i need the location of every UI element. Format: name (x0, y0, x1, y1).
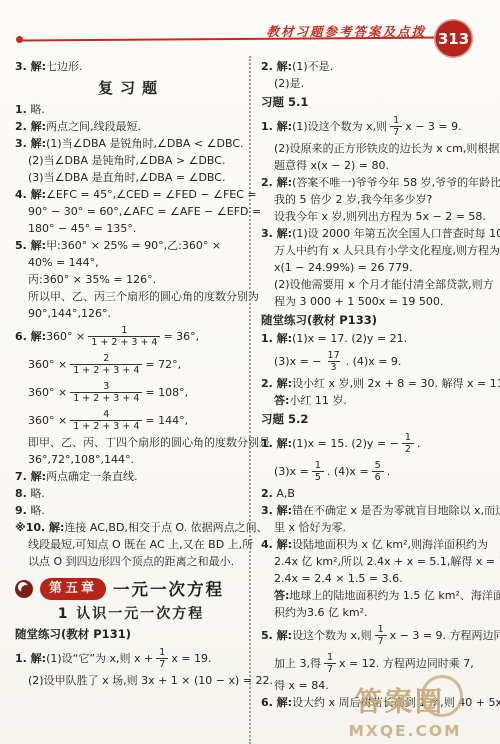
fraction-denominator: 3 (328, 361, 340, 373)
answer-line: 360° × 21 + 2 + 3 + 4 = 72°, (15, 350, 247, 378)
exercise-subheading: 习题 5.2 (261, 411, 491, 428)
answer-marker: 6. 解: (15, 328, 46, 345)
answer-line: (2)当∠DBA 是钝角时,∠DBA > ∠DBC. (15, 152, 247, 169)
answer-text: 题意得 x(x − 2) = 80. (274, 159, 389, 172)
answer-line: 答:地球上的陆地面积约为 1.5 亿 km²、海洋面 (261, 587, 491, 604)
answer-text: = 72°, (145, 356, 181, 373)
answer-text: 即甲、乙、丙、丁四个扇形的圆心角的度数分别是 (28, 436, 270, 449)
answer-text: 加上 3,得 (274, 655, 321, 672)
chapter-badge: 第五章 (40, 578, 106, 600)
answer-text: 设这个数为 x,则 (292, 627, 372, 644)
answer-line: 里 x 恰好为零. (261, 519, 491, 536)
answer-text: 丙:360° × 35% = 126°. (28, 273, 156, 286)
answer-line: (3)当∠DBA 是直角时,∠DBA = ∠DBC. (15, 169, 247, 186)
answer-line: 2.4x 亿 km²,所以 2.4x + x = 5.1,解得 x = 1.5,… (261, 553, 491, 570)
answer-text: x − 3 = 9. (405, 118, 461, 135)
answer-text: (2)当∠DBA 是钝角时,∠DBA > ∠DBC. (28, 154, 225, 167)
answer-line: x(1 − 24.99%) = 26 779. (261, 259, 491, 276)
answer-line: (3)x = 15. (4)x = 56. (261, 457, 491, 485)
answer-line: 90°,144°,126°. (15, 305, 247, 322)
answer-line: 丙:360° × 35% = 126°. (15, 271, 247, 288)
answer-line: 5. 解:甲:360° × 25% = 90°,乙:360° × (15, 237, 247, 254)
fraction-denominator: 7 (375, 635, 387, 647)
page-number-badge: 313 (434, 19, 473, 58)
answer-line: 1. 解:(1)设这个数为 x,则17x − 3 = 9. (261, 112, 491, 140)
answer-text: (3)当∠DBA 是直角时,∠DBA = ∠DBC. (28, 171, 225, 184)
answer-text: x − 3 = 9. 方程两边同时 (390, 627, 500, 644)
answer-text: 36°,72°,108°,144°. (28, 453, 134, 466)
answer-text: 360° × (46, 328, 85, 345)
answer-marker: 4. 解: (261, 538, 292, 551)
answer-text: . (387, 463, 391, 480)
answer-text: 积约为3.6 亿 km². (274, 606, 367, 619)
answer-line: 9. 略. (15, 502, 247, 519)
chapter-title: 一元一次方程 (113, 581, 224, 598)
answer-line: (3)x = − 173. (4)x = 9. (261, 347, 491, 375)
answer-marker: 1. 解: (261, 118, 292, 135)
exercise-subheading: 随堂练习(教材 P133) (261, 312, 491, 329)
fraction: 11 + 2 + 3 + 4 (88, 325, 160, 348)
answer-text: 设陆地面积为 x 亿 km²,则海洋面积约为 (292, 538, 488, 551)
answer-line: 线段最短,可知点 O 既在 AC 上,又在 BD 上,所 (15, 536, 247, 553)
answer-marker: 2. 解: (261, 377, 292, 390)
answer-text: 设小红 x 岁,则 2x + 8 = 30. 解得 x = 11. (292, 377, 500, 390)
answer-marker: 7. 解: (15, 470, 46, 483)
answer-text: . (4)x = 9. (346, 353, 402, 370)
answer-line: 3. 解:七边形. (15, 58, 247, 75)
answer-line: 万人中约有 x 人只具有小学文化程度,则方程为 (261, 242, 491, 259)
answer-marker: 答: (274, 394, 289, 407)
answer-line: 36°,72°,108°,144°. (15, 451, 247, 468)
answer-marker: 2. 解: (15, 120, 46, 133)
answer-text: 小红 11 岁. (289, 394, 347, 407)
header-title: 教材习题参考答案及点拨 (266, 22, 426, 40)
answer-text: 2.4x = 2.4 × 1.5 = 3.6. (274, 572, 403, 585)
answer-line: 1. 解:(1)x = 15. (2)y = − 12. (261, 429, 491, 457)
fraction: 15 (312, 460, 324, 483)
answer-text: 360° × (28, 356, 67, 373)
fraction-denominator: 1 + 2 + 3 + 4 (70, 420, 142, 432)
fraction-denominator: 1 + 2 + 3 + 4 (70, 392, 142, 404)
answer-line: 2. 解:设小红 x 岁,则 2x + 8 = 30. 解得 x = 11. (261, 375, 491, 392)
answer-text: = 36°, (163, 328, 199, 345)
fraction: 21 + 2 + 3 + 4 (70, 353, 142, 376)
answer-line: 3. 解:(1)设 2000 年第五次全国人口普查时每 10 (261, 225, 491, 242)
answer-text: 40% = 144°, (28, 256, 99, 269)
answer-line: 180° − 45° = 135°. (15, 220, 247, 237)
fraction: 17 (324, 652, 336, 675)
answer-text: x(1 − 24.99%) = 26 779. (274, 261, 412, 274)
answer-line: 程为 3 000 + 1 500x = 19 500. (261, 293, 491, 310)
answer-line: 我的 5 倍少 2 岁,我今年多少岁? (261, 191, 491, 208)
fraction-numerator: 4 (100, 409, 112, 420)
answer-line: 答:小红 11 岁. (261, 392, 491, 409)
answer-text: (1)设这个数为 x,则 (292, 118, 387, 135)
fraction: 17 (375, 624, 387, 647)
fraction: 41 + 2 + 3 + 4 (70, 409, 142, 432)
answer-marker: 8. (15, 487, 27, 500)
fraction: 173 (325, 350, 343, 373)
answer-text: x = 12. 方程两边同时乘 7, (339, 655, 474, 672)
answer-line: 6. 解:360° × 11 + 2 + 3 + 4 = 36°, (15, 322, 247, 350)
answer-text: 地球上的陆地面积约为 1.5 亿 km²、海洋面 (289, 589, 500, 602)
fraction-denominator: 6 (372, 471, 384, 483)
fraction-denominator: 7 (324, 663, 336, 675)
exercise-subheading: 习题 5.1 (261, 94, 491, 111)
fraction-denominator: 2 (402, 443, 414, 455)
answer-text: (1)不是. (292, 60, 333, 73)
answer-marker: 3. 解: (261, 227, 292, 240)
watermark-seal: 答案圈 (355, 680, 455, 719)
answer-text: 我的 5 倍少 2 岁,我今年多少岁? (274, 193, 432, 206)
answer-line: 360° × 31 + 2 + 3 + 4 = 108°, (15, 378, 247, 406)
chapter-banner: 第五章一元一次方程 (15, 578, 247, 600)
watermark-site-text: MXQE.COM (316, 722, 494, 740)
right-column: 2. 解:(1)不是.(2)是.习题 5.11. 解:(1)设这个数为 x,则1… (261, 58, 491, 711)
fraction-numerator: 1 (390, 115, 402, 126)
answer-text: x = 19. (171, 650, 211, 667)
fraction-numerator: 1 (156, 647, 168, 658)
answer-text: A,B (273, 487, 295, 500)
answer-line: 3. 解:错在不确定 x 是否为零就盲目地除以 x,而这 (261, 502, 491, 519)
answer-line: 所以甲、乙、丙三个扇形的圆心角的度数分别为 (15, 288, 247, 305)
answer-text: (1)设“它”为 x,则 x + (46, 650, 153, 667)
answer-text: 360° × (28, 384, 67, 401)
answer-text: 360° × (28, 412, 67, 429)
answer-marker: 6. 解: (261, 696, 292, 709)
fraction-numerator: 5 (372, 460, 384, 471)
answer-text: 万人中约有 x 人只具有小学文化程度,则方程为 (274, 244, 500, 257)
answer-marker: 5. 解: (261, 627, 292, 644)
answer-marker: 9. (15, 504, 27, 517)
answer-text: 线段最短,可知点 O 既在 AC 上,又在 BD 上,所 (28, 538, 253, 551)
answer-line: 加上 3,得 17 x = 12. 方程两边同时乘 7, (261, 649, 491, 677)
answer-line: 即甲、乙、丙、丁四个扇形的圆心角的度数分别是 (15, 434, 247, 451)
answer-text: (2)设甲队胜了 x 场,则 3x + 1 × (10 − x) = 22. (28, 674, 273, 687)
answer-marker: 3. 解: (15, 60, 46, 73)
watermark-seal-text: 答案圈 (355, 687, 445, 718)
answer-marker: 3. 解: (15, 137, 46, 150)
answer-text: 连接 AC,BD,相交于点 O. 依据两点之间、 (64, 521, 267, 534)
exercise-subheading: 随堂练习(教材 P131) (15, 626, 247, 643)
answer-line: (2)是. (261, 75, 491, 92)
answer-line: ※10. 解:连接 AC,BD,相交于点 O. 依据两点之间、 (15, 519, 247, 536)
answer-marker: 2. (261, 487, 273, 500)
answer-line: 3. 解:(1)当∠DBA 是锐角时,∠DBA < ∠DBC. (15, 135, 247, 152)
answer-text: (3)x = (274, 463, 309, 480)
fraction: 17 (390, 115, 402, 138)
section-heading: 1 认识一元一次方程 (15, 606, 247, 623)
section-heading: 复习题 (15, 80, 247, 97)
answer-marker: 1. 解: (261, 332, 292, 345)
answer-line: 1. 解:(1)设“它”为 x,则 x + 17x = 19. (15, 644, 247, 672)
answer-line: 8. 略. (15, 485, 247, 502)
fraction-numerator: 1 (324, 652, 336, 663)
answer-line: 1. 解:(1)x = 17. (2)y = 21. (261, 330, 491, 347)
answer-text: 略. (27, 487, 45, 500)
fraction-numerator: 17 (325, 350, 343, 361)
answer-text: = 144°, (145, 412, 188, 429)
fraction-numerator: 2 (100, 353, 112, 364)
answer-line: 以点 O 到四边形四个顶点的距离之和最小. (15, 553, 247, 570)
answer-text: (1)x = 15. (2)y = − (292, 435, 399, 452)
answer-line: 90° − 30° = 60°,∠AFC = ∠AFE − ∠EFD = (15, 203, 247, 220)
answer-text: 略. (27, 103, 45, 116)
answer-text: 错在不确定 x 是否为零就盲目地除以 x,而这 (292, 504, 500, 517)
fraction-numerator: 3 (100, 381, 112, 392)
answer-marker: 2. 解: (261, 60, 292, 73)
fraction-denominator: 5 (312, 471, 324, 483)
fraction: 17 (156, 647, 168, 670)
column-divider (249, 56, 251, 744)
answer-line: 题意得 x(x − 2) = 80. (261, 157, 491, 174)
fraction-numerator: 1 (118, 325, 130, 336)
answer-text: 所以甲、乙、丙三个扇形的圆心角的度数分别为 (28, 290, 259, 303)
fraction: 12 (402, 432, 414, 455)
answer-line: 40% = 144°, (15, 254, 247, 271)
answer-text: 两点之间,线段最短. (46, 120, 141, 133)
book-page: 教材习题参考答案及点拨 313 3. 解:七边形.复习题1. 略.2. 解:两点… (0, 0, 500, 744)
answer-line: 5. 解:设这个数为 x,则17x − 3 = 9. 方程两边同时 (261, 621, 491, 649)
left-column: 3. 解:七边形.复习题1. 略.2. 解:两点之间,线段最短.3. 解:(1)… (15, 58, 247, 689)
answer-marker: 5. 解: (15, 239, 46, 252)
answer-line: (2)设他需要用 x 个月才能付清全部贷款,则方 (261, 276, 491, 293)
answer-line: 360° × 41 + 2 + 3 + 4 = 144°, (15, 406, 247, 434)
answer-marker: 1. (15, 103, 27, 116)
fraction-denominator: 1 + 2 + 3 + 4 (70, 364, 142, 376)
answer-text: ∠EFC = 45°,∠CED = ∠FED − ∠FEC = (46, 188, 257, 201)
chapter-sphere-icon (15, 580, 33, 598)
answer-text: . (4)x = (327, 463, 369, 480)
answer-marker: 3. 解: (261, 504, 292, 517)
answer-line: 4. 解:∠EFC = 45°,∠CED = ∠FED − ∠FEC = (15, 186, 247, 203)
fraction-denominator: 1 + 2 + 3 + 4 (88, 336, 160, 348)
answer-line: 2. 解:两点之间,线段最短. (15, 118, 247, 135)
answer-text: (3)x = − (274, 353, 322, 370)
fraction-denominator: 7 (390, 126, 402, 138)
answer-line: (2)设原来的正方形铁皮的边长为 x cm,则根据 (261, 140, 491, 157)
answer-line: 2. 解:(答案不唯一)爷爷今年 58 岁,爷爷的年龄比 (261, 174, 491, 191)
fraction-numerator: 1 (402, 432, 414, 443)
answer-text: = 108°, (145, 384, 188, 401)
fraction-numerator: 1 (312, 460, 324, 471)
answer-marker: ※10. 解: (15, 521, 64, 534)
answer-marker: 答: (274, 589, 289, 602)
answer-text: (答案不唯一)爷爷今年 58 岁,爷爷的年龄比 (292, 176, 500, 189)
answer-text: 甲:360° × 25% = 90°,乙:360° × (46, 239, 221, 252)
fraction-denominator: 7 (156, 658, 168, 670)
answer-text: . (417, 435, 421, 452)
watermark: 答案圈 MXQE.COM (316, 680, 494, 740)
answer-text: 略. (27, 504, 45, 517)
answer-line: (2)设甲队胜了 x 场,则 3x + 1 × (10 − x) = 22. (15, 672, 247, 689)
answer-text: 90°,144°,126°. (28, 307, 111, 320)
answer-line: 2. 解:(1)不是. (261, 58, 491, 75)
answer-text: (1)设 2000 年第五次全国人口普查时每 10 (292, 227, 500, 240)
answer-text: 里 x 恰好为零. (274, 521, 346, 534)
answer-line: 7. 解:两点确定一条直线. (15, 468, 247, 485)
answer-text: (2)设原来的正方形铁皮的边长为 x cm,则根据 (274, 142, 499, 155)
answer-text: 180° − 45° = 135°. (28, 222, 136, 235)
answer-text: 程为 3 000 + 1 500x = 19 500. (274, 295, 443, 308)
answer-text: 以点 O 到四边形四个顶点的距离之和最小. (28, 555, 234, 568)
answer-line: 2.4x = 2.4 × 1.5 = 3.6. (261, 570, 491, 587)
answer-text: 2.4x 亿 km²,所以 2.4x + x = 5.1,解得 x = 1.5,… (274, 555, 500, 568)
fraction: 56 (372, 460, 384, 483)
answer-marker: 4. 解: (15, 188, 46, 201)
answer-line: 积约为3.6 亿 km². (261, 604, 491, 621)
answer-marker: 1. 解: (261, 435, 292, 452)
answer-text: (2)设他需要用 x 个月才能付清全部贷款,则方 (274, 278, 494, 291)
answer-text: 两点确定一条直线. (46, 470, 138, 483)
answer-text: (2)是. (274, 77, 304, 90)
answer-text: (1)x = 17. (2)y = 21. (292, 332, 407, 345)
answer-text: 七边形. (46, 60, 83, 73)
answer-text: (1)当∠DBA 是锐角时,∠DBA < ∠DBC. (46, 137, 243, 150)
answer-marker: 2. 解: (261, 176, 292, 189)
answer-line: 1. 略. (15, 101, 247, 118)
answer-text: 90° − 30° = 60°,∠AFC = ∠AFE − ∠EFD = (28, 205, 261, 218)
answer-text: 设我今年 x 岁,则列出方程为 5x − 2 = 58. (274, 210, 486, 223)
answer-line: 设我今年 x 岁,则列出方程为 5x − 2 = 58. (261, 208, 491, 225)
answer-line: 4. 解:设陆地面积为 x 亿 km²,则海洋面积约为 (261, 536, 491, 553)
answer-line: 2. A,B (261, 485, 491, 502)
fraction: 31 + 2 + 3 + 4 (70, 381, 142, 404)
answer-marker: 1. 解: (15, 650, 46, 667)
fraction-numerator: 1 (375, 624, 387, 635)
